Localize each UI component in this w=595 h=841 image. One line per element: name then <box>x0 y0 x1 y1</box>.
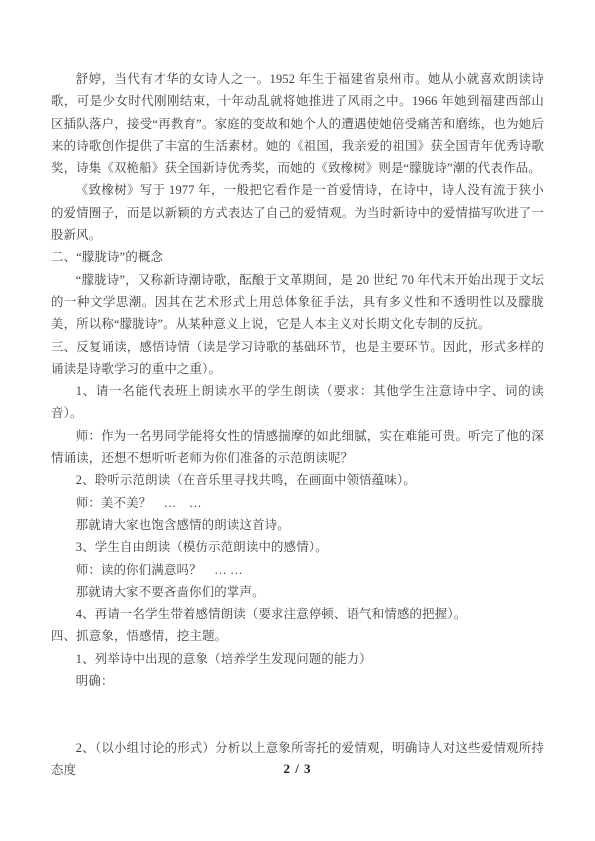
paragraph: 1、请一名能代表班上朗读水平的学生朗读（要求：其他学生注意诗中字、词的读音）。 <box>51 380 544 425</box>
paragraph: 那就请大家不要吝啬你们的掌声。 <box>51 581 544 603</box>
paragraph: 4、再请一名学生带着感情朗读（要求注意停顿、语气和情感的把握）。 <box>51 603 544 625</box>
paragraph: 3、学生自由朗读（模仿示范朗读中的感情）。 <box>51 536 544 558</box>
paragraph <box>51 715 544 737</box>
paragraph: 师：作为一名男同学能将女性的情感揣摩的如此细腻，实在难能可贵。听完了他的深情诵读… <box>51 425 544 470</box>
paragraph: 舒婷，当代有才华的女诗人之一。1952 年生于福建省泉州市。她从小就喜欢朗读诗歌… <box>51 68 544 179</box>
paragraph <box>51 692 544 714</box>
paragraph: 明确： <box>51 670 544 692</box>
document-page: 舒婷，当代有才华的女诗人之一。1952 年生于福建省泉州市。她从小就喜欢朗读诗歌… <box>0 0 595 841</box>
paragraph: 2、聆听示范朗读（在音乐里寻找共鸣，在画面中领悟蕴味）。 <box>51 469 544 491</box>
page-number: 2 / 3 <box>0 761 595 777</box>
paragraph: 《致橡树》写于 1977 年，一般把它看作是一首爱情诗，在诗中，诗人没有流于狭小… <box>51 179 544 246</box>
paragraph: 三、反复诵读，感悟诗情（读是学习诗歌的基础环节，也是主要环节。因此，形式多样的诵… <box>51 336 544 381</box>
paragraph: 师：读的你们满意吗？ … … <box>51 559 544 581</box>
paragraph: 1、列举诗中出现的意象（培养学生发现问题的能力） <box>51 648 544 670</box>
document-body: 舒婷，当代有才华的女诗人之一。1952 年生于福建省泉州市。她从小就喜欢朗读诗歌… <box>51 68 544 782</box>
paragraph: “朦胧诗”，又称新诗潮诗歌，酝酿于文革期间，是 20 世纪 70 年代末开始出现… <box>51 269 544 336</box>
paragraph: 那就请大家也饱含感情的朗读这首诗。 <box>51 514 544 536</box>
paragraph: 师：美不美？ … … <box>51 492 544 514</box>
paragraph: 二、“朦胧诗”的概念 <box>51 246 544 268</box>
paragraph: 四、抓意象，悟感情，挖主题。 <box>51 625 544 647</box>
